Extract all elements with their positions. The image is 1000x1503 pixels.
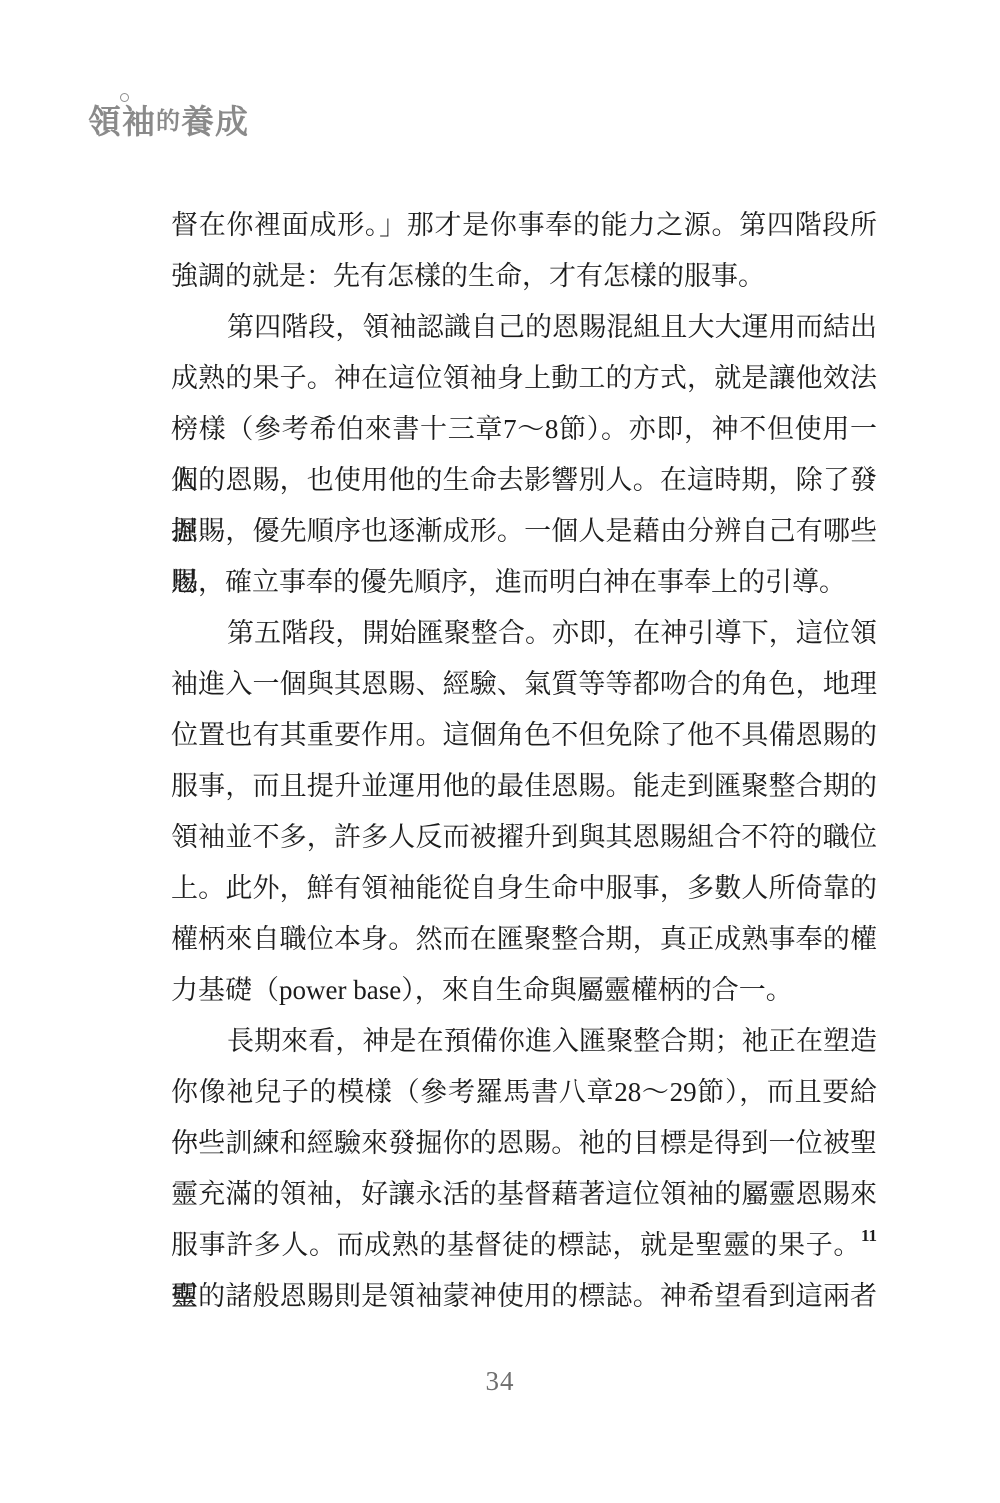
text-run: 長期來看，神是在預備你進入匯聚整合期；祂正在塑造 bbox=[227, 1026, 877, 1056]
text-block: 督在你裡面成形。」那才是你事奉的能力之源。第四階段所強調的就是：先有怎樣的生命，… bbox=[171, 200, 877, 1322]
text-run: 督在你裡面成形。」那才是你事奉的能力之源。第四階段所 bbox=[171, 210, 877, 240]
running-head-title-particle: 的 bbox=[156, 109, 181, 135]
text-line: 你像祂兒子的模樣（參考羅馬書八章28～29節），而且要給你 bbox=[171, 1067, 877, 1118]
text-line: 強調的就是：先有怎樣的生命，才有怎樣的服事。 bbox=[171, 251, 877, 302]
text-run: 強調的就是：先有怎樣的生命，才有怎樣的服事。 bbox=[171, 261, 765, 291]
text-run: 靈充滿的領袖，好讓永活的基督藉著這位領袖的屬靈恩賜來 bbox=[171, 1179, 877, 1209]
text-line: 一些訓練和經驗來發掘你的恩賜。祂的目標是得到一位被聖 bbox=[171, 1118, 877, 1169]
text-run: 靈的諸般恩賜則是領袖蒙神使用的標誌。神希望看到這兩者 bbox=[171, 1281, 877, 1311]
running-head-title-main: 領袖 bbox=[88, 105, 156, 141]
text-run: 第五階段，開始匯聚整合。亦即，在神引導下，這位領 bbox=[227, 618, 877, 648]
text-line: 上。此外，鮮有領袖能從自身生命中服事，多數人所倚靠的 bbox=[171, 863, 877, 914]
text-line: 督在你裡面成形。」那才是你事奉的能力之源。第四階段所 bbox=[171, 200, 877, 251]
text-run: 力基礎（power base），來自生命與屬靈權柄的合一。 bbox=[171, 975, 793, 1005]
text-line: 靈的諸般恩賜則是領袖蒙神使用的標誌。神希望看到這兩者 bbox=[171, 1271, 877, 1322]
text-line: 服事，而且提升並運用他的最佳恩賜。能走到匯聚整合期的 bbox=[171, 761, 877, 812]
text-run: 一些訓練和經驗來發掘你的恩賜。祂的目標是得到一位被聖 bbox=[171, 1128, 877, 1158]
text-line: 人的恩賜，也使用他的生命去影響別人。在這時期，除了發掘 bbox=[171, 455, 877, 506]
text-line: 袖進入一個與其恩賜、經驗、氣質等等都吻合的角色，地理 bbox=[171, 659, 877, 710]
text-line: 力基礎（power base），來自生命與屬靈權柄的合一。 bbox=[171, 965, 877, 1016]
text-line: 榜樣（參考希伯來書十三章7～8節）。亦即，神不但使用一個 bbox=[171, 404, 877, 455]
text-line: 靈充滿的領袖，好讓永活的基督藉著這位領袖的屬靈恩賜來 bbox=[171, 1169, 877, 1220]
text-run: 位置也有其重要作用。這個角色不但免除了他不具備恩賜的 bbox=[171, 720, 877, 750]
running-head-title-rest: 養成 bbox=[181, 105, 249, 141]
title-ring-icon bbox=[120, 93, 129, 102]
footnote-marker: 11 bbox=[861, 1226, 877, 1245]
text-line: 恩賜，優先順序也逐漸成形。一個人是藉由分辨自己有哪些恩 bbox=[171, 506, 877, 557]
page-number: 34 bbox=[0, 1366, 1000, 1397]
text-run: 第四階段，領袖認識自己的恩賜混組且大大運用而結出 bbox=[227, 312, 877, 342]
book-page: 領袖的養成 督在你裡面成形。」那才是你事奉的能力之源。第四階段所強調的就是：先有… bbox=[0, 0, 1000, 1503]
text-line: 位置也有其重要作用。這個角色不但免除了他不具備恩賜的 bbox=[171, 710, 877, 761]
text-run: 服事許多人。而成熟的基督徒的標誌，就是聖靈的果子。 bbox=[171, 1230, 861, 1260]
text-run: 領袖並不多，許多人反而被擢升到與其恩賜組合不符的職位 bbox=[171, 822, 877, 852]
text-line: 服事許多人。而成熟的基督徒的標誌，就是聖靈的果子。11聖 bbox=[171, 1220, 877, 1271]
text-run: 袖進入一個與其恩賜、經驗、氣質等等都吻合的角色，地理 bbox=[171, 669, 877, 699]
text-run: 賜，確立事奉的優先順序，進而明白神在事奉上的引導。 bbox=[171, 567, 846, 597]
text-run: 服事，而且提升並運用他的最佳恩賜。能走到匯聚整合期的 bbox=[171, 771, 877, 801]
text-line: 成熟的果子。神在這位領袖身上動工的方式，就是讓他效法 bbox=[171, 353, 877, 404]
text-line: 領袖並不多，許多人反而被擢升到與其恩賜組合不符的職位 bbox=[171, 812, 877, 863]
text-run: 上。此外，鮮有領袖能從自身生命中服事，多數人所倚靠的 bbox=[171, 873, 877, 903]
text-line: 第五階段，開始匯聚整合。亦即，在神引導下，這位領 bbox=[171, 608, 877, 659]
text-run: 權柄來自職位本身。然而在匯聚整合期，真正成熟事奉的權 bbox=[171, 924, 877, 954]
text-line: 權柄來自職位本身。然而在匯聚整合期，真正成熟事奉的權 bbox=[171, 914, 877, 965]
text-line: 第四階段，領袖認識自己的恩賜混組且大大運用而結出 bbox=[171, 302, 877, 353]
running-head: 領袖的養成 bbox=[88, 96, 249, 143]
text-run: 成熟的果子。神在這位領袖身上動工的方式，就是讓他效法 bbox=[171, 363, 877, 393]
text-line: 賜，確立事奉的優先順序，進而明白神在事奉上的引導。 bbox=[171, 557, 877, 608]
text-line: 長期來看，神是在預備你進入匯聚整合期；祂正在塑造 bbox=[171, 1016, 877, 1067]
